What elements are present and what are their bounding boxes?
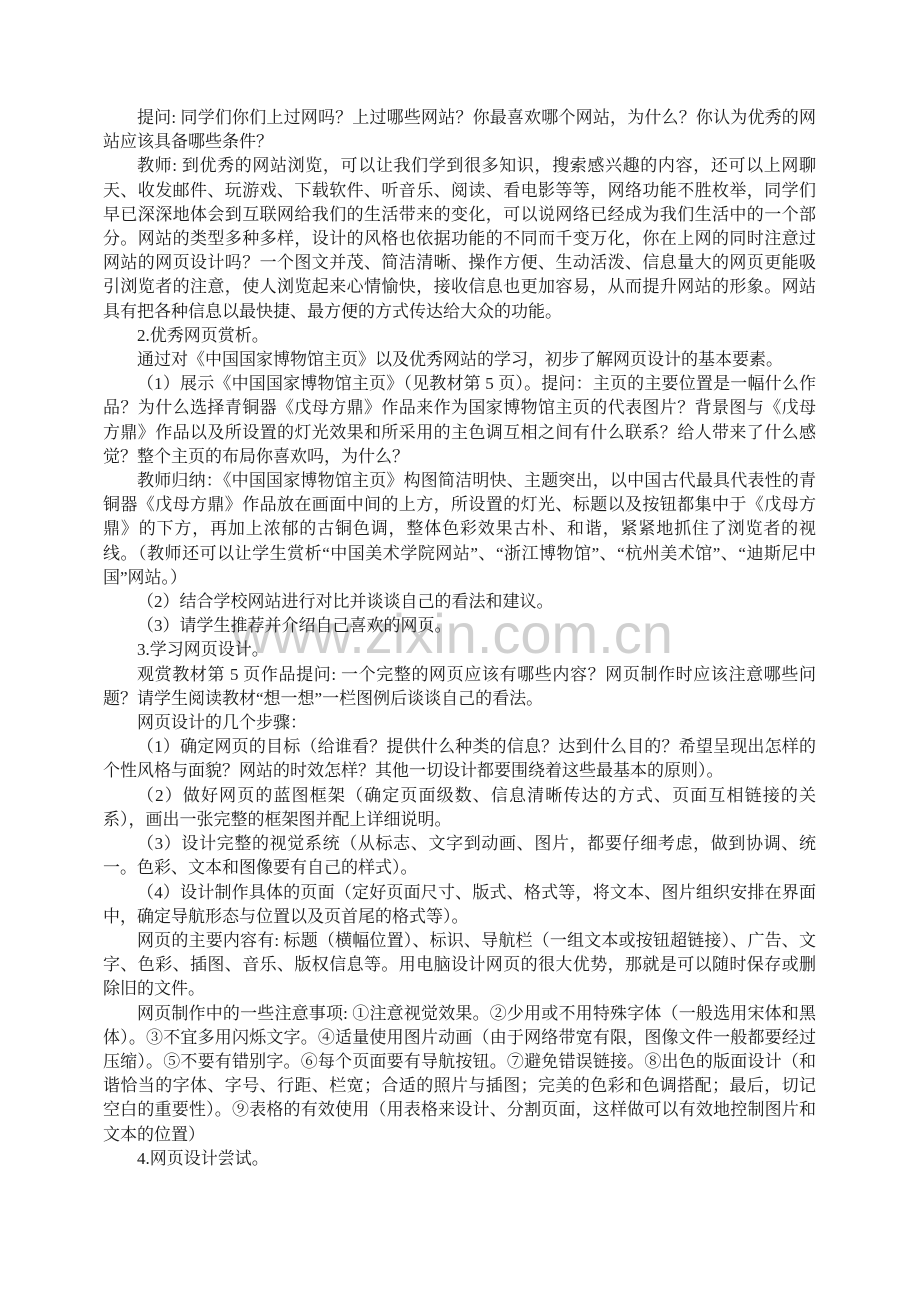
paragraph-13: （2）做好网页的蓝图框架（确定页面级数、信息清晰传达的方式、页面互相链接的关系）… bbox=[103, 784, 816, 832]
paragraph-11: 网页设计的几个步骤： bbox=[103, 711, 816, 735]
paragraph-15: （4）设计制作具体的页面（定好页面尺寸、版式、格式等，将文本、图片组织安排在界面… bbox=[103, 881, 816, 929]
paragraph-18: 4.网页设计尝试。 bbox=[103, 1147, 816, 1171]
paragraph-14: （3）设计完整的视觉系统（从标志、文字到动画、图片，都要仔细考虑，做到协调、统一… bbox=[103, 832, 816, 880]
paragraph-16: 网页的主要内容有: 标题（横幅位置）、标识、导航栏（一组文本或按钮超链接）、广告… bbox=[103, 929, 816, 1002]
document-page: www.zixin.com.cn 提问: 同学们你们上过网吗？上过哪些网站？你最… bbox=[0, 0, 920, 1302]
document-body: 提问: 同学们你们上过网吗？上过哪些网站？你最喜欢哪个网站，为什么？你认为优秀的… bbox=[103, 106, 816, 1171]
paragraph-12: （1）确定网页的目标（给谁看？提供什么种类的信息？达到什么目的？希望呈现出怎样的… bbox=[103, 735, 816, 783]
paragraph-7: （2）结合学校网站进行对比并谈谈自己的看法和建议。 bbox=[103, 590, 816, 614]
paragraph-5: （1）展示《中国国家博物馆主页》（见教材第 5 页）。提问：主页的主要位置是一幅… bbox=[103, 372, 816, 469]
paragraph-8: （3）请学生推荐并介绍自己喜欢的网页。 bbox=[103, 614, 816, 638]
paragraph-2: 教师: 到优秀的网站浏览，可以让我们学到很多知识，搜索感兴趣的内容，还可以上网聊… bbox=[103, 154, 816, 323]
paragraph-9: 3.学习网页设计。 bbox=[103, 638, 816, 662]
paragraph-3: 2.优秀网页赏析。 bbox=[103, 324, 816, 348]
paragraph-6: 教师归纳：《中国国家博物馆主页》构图简洁明快、主题突出，以中国古代最具代表性的青… bbox=[103, 469, 816, 590]
paragraph-10: 观赏教材第 5 页作品提问: 一个完整的网页应该有哪些内容？网页制作时应该注意哪… bbox=[103, 663, 816, 711]
paragraph-17: 网页制作中的一些注意事项: ①注意视觉效果。②少用或不用特殊字体（一般选用宋体和… bbox=[103, 1002, 816, 1147]
paragraph-4: 通过对《中国国家博物馆主页》以及优秀网站的学习，初步了解网页设计的基本要素。 bbox=[103, 348, 816, 372]
paragraph-1: 提问: 同学们你们上过网吗？上过哪些网站？你最喜欢哪个网站，为什么？你认为优秀的… bbox=[103, 106, 816, 154]
